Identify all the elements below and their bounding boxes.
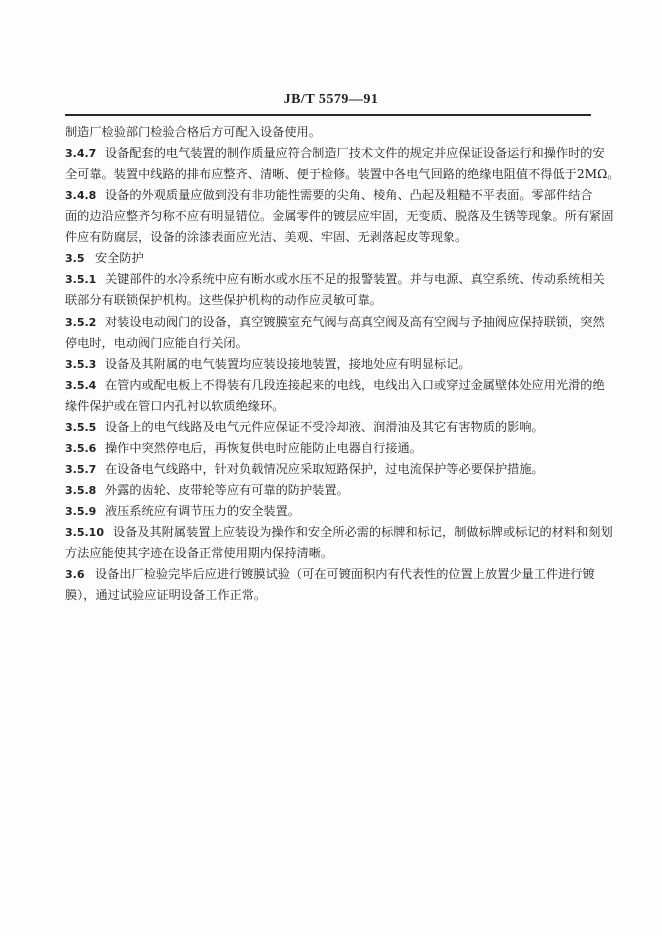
- clause-number: 3.5.6: [65, 441, 105, 457]
- clause-3-4-7: 3.4.7设备配套的电气装置的制作质量应符合制造厂技术文件的规定并应保证设备运行…: [65, 145, 591, 162]
- clause-3-5-5: 3.5.5设备上的电气线路及电气元件应保证不受冷却液、润滑油及其它有害物质的影响…: [65, 419, 591, 436]
- paragraph-line: 联部分有联锁保护机构。这些保护机构的动作应灵敏可靠。: [65, 292, 591, 308]
- clause-number: 3.5.10: [65, 525, 113, 541]
- paragraph-line: 件应有防腐层，设备的涂漆表面应光洁、美观、牢固、无剥落起皮等现象。: [65, 229, 591, 245]
- paragraph-line: 全可靠。装置中线路的排布应整齐、清晰、便于检修。装置中各电气回路的绝缘电阻值不得…: [65, 166, 591, 182]
- clause-3-5-10: 3.5.10设备及其附属装置上应装设为操作和安全所必需的标牌和标记，制做标牌或标…: [65, 524, 591, 541]
- paragraph-line: 停电时，电动阀门应能自行关闭。: [65, 335, 591, 351]
- clause-number: 3.5.1: [65, 272, 105, 288]
- clause-number: 3.5.5: [65, 420, 105, 436]
- clause-3-5-1: 3.5.1关键部件的水冷系统中应有断水或水压不足的报警装置。并与电源、真空系统、…: [65, 271, 591, 288]
- document-id-header: JB/T 5579—91: [0, 92, 662, 108]
- clause-3-5-6: 3.5.6操作中突然停电后，再恢复供电时应能防止电器自行接通。: [65, 440, 591, 457]
- clause-3-5-7: 3.5.7在设备电气线路中，针对负载情况应采取短路保护，过电流保护等必要保护措施…: [65, 461, 591, 478]
- clause-number: 3.5.7: [65, 462, 105, 478]
- clause-number: 3.4.8: [65, 188, 105, 204]
- clause-3-5-3: 3.5.3设备及其附属的电气装置均应装设接地装置，接地处应有明显标记。: [65, 356, 591, 373]
- clause-number: 3.5.4: [65, 378, 105, 394]
- paragraph-line: 制造厂检验部门检验合格后方可配入设备使用。: [65, 124, 591, 140]
- clause-number: 3.4.7: [65, 146, 105, 162]
- clause-3-5-2: 3.5.2对装设电动阀门的设备，真空镀膜室充气阀与高真空阀及高有空阀与予抽阀应保…: [65, 314, 591, 331]
- clause-3-5-4: 3.5.4在管内或配电板上不得装有几段连接起来的电线，电线出入口或穿过金属壁体处…: [65, 377, 591, 394]
- clause-3-4-8: 3.4.8设备的外观质量应做到没有非功能性需要的尖角、棱角、凸起及粗糙不平表面。…: [65, 187, 591, 204]
- clause-3-6: 3.6设备出厂检验完毕后应进行镀膜试验（可在可镀面积内有代表性的位置上放置少量工…: [65, 566, 591, 583]
- paragraph-line: 膜），通过试验应证明设备工作正常。: [65, 587, 591, 603]
- clause-3-5-8: 3.5.8外露的齿轮、皮带轮等应有可靠的防护装置。: [65, 482, 591, 499]
- clause-number: 3.5.9: [65, 504, 105, 520]
- header-rule: [65, 114, 591, 116]
- clause-3-5-9: 3.5.9液压系统应有调节压力的安全装置。: [65, 503, 591, 520]
- paragraph-line: 方法应能使其字迹在设备正常使用期内保持清晰。: [65, 545, 591, 561]
- clause-number: 3.5: [65, 251, 95, 267]
- clause-number: 3.5.2: [65, 315, 105, 331]
- paragraph-line: 缘件保护或在管口内孔衬以软质绝缘环。: [65, 398, 591, 414]
- paragraph-line: 面的边沿应整齐匀称不应有明显错位。金属零件的镀层应牢固，无变质、脱落及生锈等现象…: [65, 208, 591, 224]
- clause-number: 3.5.3: [65, 357, 105, 373]
- clause-number: 3.6: [65, 567, 95, 583]
- clause-number: 3.5.8: [65, 483, 105, 499]
- clause-3-5-heading: 3.5安全防护: [65, 250, 591, 267]
- document-page: JB/T 5579—91 制造厂检验部门检验合格后方可配入设备使用。 3.4.7…: [0, 0, 662, 936]
